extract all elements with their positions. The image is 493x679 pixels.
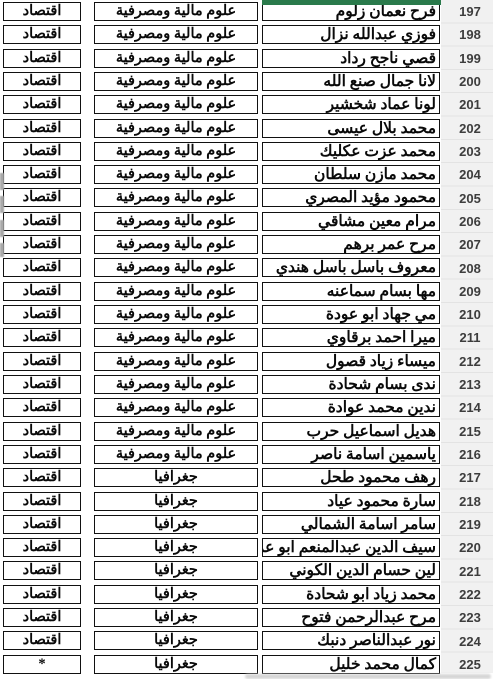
cell-college[interactable]: اقتصاد — [3, 165, 81, 184]
row-header[interactable]: 211 — [441, 326, 493, 349]
cell-student-name[interactable]: ندين محمد عوادة — [262, 398, 440, 417]
cell-major[interactable]: جغرافيا — [94, 561, 258, 580]
table-row: اقتصاد علوم مالية ومصرفية ميرا احمد برقا… — [0, 326, 493, 349]
row-header[interactable]: 217 — [441, 466, 493, 489]
cell-student-name[interactable]: نور عبدالناصر دنبك — [262, 631, 440, 650]
cell-college[interactable]: اقتصاد — [3, 188, 81, 207]
row-header[interactable]: 221 — [441, 559, 493, 582]
cell-major[interactable]: علوم مالية ومصرفية — [94, 445, 258, 464]
cell-student-name[interactable]: محمد مازن سلطان — [262, 165, 440, 184]
cell-major[interactable]: علوم مالية ومصرفية — [94, 49, 258, 68]
cell-major[interactable]: جغرافيا — [94, 515, 258, 534]
cell-major[interactable]: علوم مالية ومصرفية — [94, 188, 258, 207]
row-header[interactable]: 207 — [441, 233, 493, 256]
row-header[interactable]: 203 — [441, 140, 493, 163]
cell-student-name[interactable]: مرح عبدالرحمن فتوح — [262, 608, 440, 627]
cell-student-name[interactable]: سيف الدين عبدالمنعم ابو عمر — [262, 538, 440, 557]
row-header[interactable]: 223 — [441, 606, 493, 629]
row-header[interactable]: 198 — [441, 23, 493, 46]
table-row: اقتصاد جغرافيا لين حسام الدين الكوني 221 — [0, 559, 493, 582]
table-row: اقتصاد علوم مالية ومصرفية محمد عزت عكليك… — [0, 140, 493, 163]
left-edge-artifact — [0, 243, 4, 257]
cell-college[interactable]: اقتصاد — [3, 235, 81, 254]
cell-college[interactable]: اقتصاد — [3, 142, 81, 161]
cell-student-name[interactable]: ندى بسام شحادة — [262, 375, 440, 394]
row-header[interactable]: 212 — [441, 350, 493, 373]
row-header[interactable]: 220 — [441, 536, 493, 559]
row-header[interactable]: 205 — [441, 186, 493, 209]
cell-major[interactable]: جغرافيا — [94, 655, 258, 674]
table-row: اقتصاد جغرافيا سامر اسامة الشمالي 219 — [0, 513, 493, 536]
cell-major[interactable]: علوم مالية ومصرفية — [94, 165, 258, 184]
left-edge-artifact — [0, 220, 4, 237]
cell-student-name[interactable]: سارة محمود عياد — [262, 492, 440, 511]
cell-student-name[interactable]: محمود مؤيد المصري — [262, 188, 440, 207]
row-header[interactable]: 215 — [441, 420, 493, 443]
table-row: اقتصاد علوم مالية ومصرفية مها بسام سماعن… — [0, 280, 493, 303]
cell-student-name[interactable]: مي جهاد ابو عودة — [262, 305, 440, 324]
cell-college[interactable]: اقتصاد — [3, 72, 81, 91]
cell-major[interactable]: علوم مالية ومصرفية — [94, 258, 258, 277]
cell-student-name[interactable]: كمال محمد خليل — [262, 655, 440, 674]
cell-student-name[interactable]: ميساء زياد قصول — [262, 352, 440, 371]
cell-student-name[interactable]: لين حسام الدين الكوني — [262, 561, 440, 580]
cell-major[interactable]: علوم مالية ومصرفية — [94, 305, 258, 324]
cell-college[interactable]: اقتصاد — [3, 608, 81, 627]
table-row: اقتصاد علوم مالية ومصرفية ميساء زياد قصو… — [0, 350, 493, 373]
cell-student-name[interactable]: مرح عمر برهم — [262, 235, 440, 254]
table-row: اقتصاد علوم مالية ومصرفية ندين محمد عواد… — [0, 396, 493, 419]
row-header[interactable]: 197 — [441, 0, 493, 23]
cell-major[interactable]: علوم مالية ومصرفية — [94, 25, 258, 44]
cell-college[interactable]: اقتصاد — [3, 49, 81, 68]
table-row: اقتصاد علوم مالية ومصرفية هديل اسماعيل ح… — [0, 420, 493, 443]
cell-college[interactable]: اقتصاد — [3, 282, 81, 301]
table-row: اقتصاد علوم مالية ومصرفية ياسمين اسامة ن… — [0, 443, 493, 466]
cell-college[interactable]: اقتصاد — [3, 631, 81, 650]
table-row: اقتصاد علوم مالية ومصرفية محمود مؤيد الم… — [0, 186, 493, 209]
cell-major[interactable]: جغرافيا — [94, 631, 258, 650]
cell-student-name[interactable]: محمد زياد ابو شحادة — [262, 585, 440, 604]
cell-major[interactable]: علوم مالية ومصرفية — [94, 119, 258, 138]
cell-major[interactable]: علوم مالية ومصرفية — [94, 352, 258, 371]
row-header[interactable]: 225 — [441, 653, 493, 676]
row-header[interactable]: 216 — [441, 443, 493, 466]
cell-college[interactable]: اقتصاد — [3, 305, 81, 324]
table-row: اقتصاد علوم مالية ومصرفية معروف باسل باس… — [0, 256, 493, 279]
cell-college[interactable]: اقتصاد — [3, 95, 81, 114]
cell-major[interactable]: علوم مالية ومصرفية — [94, 398, 258, 417]
cell-major[interactable]: علوم مالية ومصرفية — [94, 282, 258, 301]
table-row: اقتصاد علوم مالية ومصرفية محمد مازن سلطا… — [0, 163, 493, 186]
row-header[interactable]: 213 — [441, 373, 493, 396]
cell-college[interactable]: اقتصاد — [3, 328, 81, 347]
cell-major[interactable]: جغرافيا — [94, 492, 258, 511]
table-row: اقتصاد جغرافيا سارة محمود عياد 218 — [0, 490, 493, 513]
cell-major[interactable]: جغرافيا — [94, 585, 258, 604]
cell-college[interactable]: اقتصاد — [3, 212, 81, 231]
cell-student-name[interactable]: مرام معين مشاقي — [262, 212, 440, 231]
row-header[interactable]: 222 — [441, 583, 493, 606]
spreadsheet: اقتصاد علوم مالية ومصرفية فرح نعمان زلوم… — [0, 0, 493, 679]
table-row: اقتصاد علوم مالية ومصرفية فوزي عبدالله ن… — [0, 23, 493, 46]
cell-college[interactable]: اقتصاد — [3, 119, 81, 138]
table-row: اقتصاد علوم مالية ومصرفية قصي ناجح رداد … — [0, 47, 493, 70]
table-row: اقتصاد جغرافيا محمد زياد ابو شحادة 222 — [0, 583, 493, 606]
cell-college[interactable]: * — [3, 655, 81, 674]
row-header[interactable]: 210 — [441, 303, 493, 326]
cell-college[interactable]: اقتصاد — [3, 2, 81, 21]
table-row: اقتصاد جغرافيا سيف الدين عبدالمنعم ابو ع… — [0, 536, 493, 559]
cell-major[interactable]: علوم مالية ومصرفية — [94, 212, 258, 231]
cell-major[interactable]: جغرافيا — [94, 538, 258, 557]
cell-major[interactable]: جغرافيا — [94, 468, 258, 487]
row-header[interactable]: 214 — [441, 396, 493, 419]
cell-student-name[interactable]: رهف محمود طحل — [262, 468, 440, 487]
cell-student-name[interactable]: معروف باسل باسل هندي — [262, 258, 440, 277]
cell-college[interactable]: اقتصاد — [3, 538, 81, 557]
table-row: اقتصاد علوم مالية ومصرفية لونا عماد شخشي… — [0, 93, 493, 116]
cell-major[interactable]: علوم مالية ومصرفية — [94, 142, 258, 161]
cell-college[interactable]: اقتصاد — [3, 445, 81, 464]
cell-college[interactable]: اقتصاد — [3, 492, 81, 511]
table-row: اقتصاد علوم مالية ومصرفية مرام معين مشاق… — [0, 210, 493, 233]
selection-border-sliver — [262, 0, 441, 5]
left-edge-artifact — [0, 196, 4, 213]
cell-student-name[interactable]: لونا عماد شخشير — [262, 95, 440, 114]
cell-college[interactable]: اقتصاد — [3, 468, 81, 487]
cell-student-name[interactable]: سامر اسامة الشمالي — [262, 515, 440, 534]
row-header[interactable]: 201 — [441, 93, 493, 116]
table-row: اقتصاد جغرافيا نور عبدالناصر دنبك 224 — [0, 629, 493, 652]
cell-major[interactable]: علوم مالية ومصرفية — [94, 328, 258, 347]
row-header[interactable]: 218 — [441, 490, 493, 513]
cell-major[interactable]: علوم مالية ومصرفية — [94, 72, 258, 91]
cell-student-name[interactable]: قصي ناجح رداد — [262, 49, 440, 68]
cell-major[interactable]: علوم مالية ومصرفية — [94, 422, 258, 441]
row-header[interactable]: 200 — [441, 70, 493, 93]
table-row: اقتصاد علوم مالية ومصرفية مي جهاد ابو عو… — [0, 303, 493, 326]
table-row: اقتصاد علوم مالية ومصرفية محمد بلال عيسى… — [0, 117, 493, 140]
cell-college[interactable]: اقتصاد — [3, 515, 81, 534]
cell-college[interactable]: اقتصاد — [3, 25, 81, 44]
row-header[interactable]: 224 — [441, 629, 493, 652]
cell-student-name[interactable]: ميرا احمد برقاوي — [262, 328, 440, 347]
bottom-edge-artifact — [245, 674, 491, 679]
cell-student-name[interactable]: مها بسام سماعنه — [262, 282, 440, 301]
row-header[interactable]: 206 — [441, 210, 493, 233]
table-row: اقتصاد جغرافيا مرح عبدالرحمن فتوح 223 — [0, 606, 493, 629]
cell-major[interactable]: علوم مالية ومصرفية — [94, 375, 258, 394]
cell-student-name[interactable]: لانا جمال صنع الله — [262, 72, 440, 91]
cell-college[interactable]: اقتصاد — [3, 561, 81, 580]
row-header[interactable]: 219 — [441, 513, 493, 536]
cell-student-name[interactable]: فوزي عبدالله نزال — [262, 25, 440, 44]
row-header[interactable]: 199 — [441, 47, 493, 70]
cell-college[interactable]: اقتصاد — [3, 398, 81, 417]
cell-major[interactable]: علوم مالية ومصرفية — [94, 95, 258, 114]
row-header[interactable]: 202 — [441, 117, 493, 140]
row-header[interactable]: 204 — [441, 163, 493, 186]
cell-college[interactable]: اقتصاد — [3, 585, 81, 604]
cell-college[interactable]: اقتصاد — [3, 258, 81, 277]
table-row: اقتصاد علوم مالية ومصرفية مرح عمر برهم 2… — [0, 233, 493, 256]
table-row: * جغرافيا كمال محمد خليل 225 — [0, 653, 493, 676]
table-row: اقتصاد علوم مالية ومصرفية لانا جمال صنع … — [0, 70, 493, 93]
cell-major[interactable]: علوم مالية ومصرفية — [94, 2, 258, 21]
row-header[interactable]: 208 — [441, 256, 493, 279]
cell-college[interactable]: اقتصاد — [3, 422, 81, 441]
cell-student-name[interactable]: هديل اسماعيل حرب — [262, 422, 440, 441]
table-row: اقتصاد علوم مالية ومصرفية ندى بسام شحادة… — [0, 373, 493, 396]
cell-student-name[interactable]: ياسمين اسامة ناصر — [262, 445, 440, 464]
cell-major[interactable]: جغرافيا — [94, 608, 258, 627]
cell-college[interactable]: اقتصاد — [3, 375, 81, 394]
row-header[interactable]: 209 — [441, 280, 493, 303]
cell-student-name[interactable]: محمد عزت عكليك — [262, 142, 440, 161]
table-row: اقتصاد جغرافيا رهف محمود طحل 217 — [0, 466, 493, 489]
left-edge-artifact — [0, 173, 4, 190]
cell-student-name[interactable]: محمد بلال عيسى — [262, 119, 440, 138]
cell-major[interactable]: علوم مالية ومصرفية — [94, 235, 258, 254]
cell-college[interactable]: اقتصاد — [3, 352, 81, 371]
